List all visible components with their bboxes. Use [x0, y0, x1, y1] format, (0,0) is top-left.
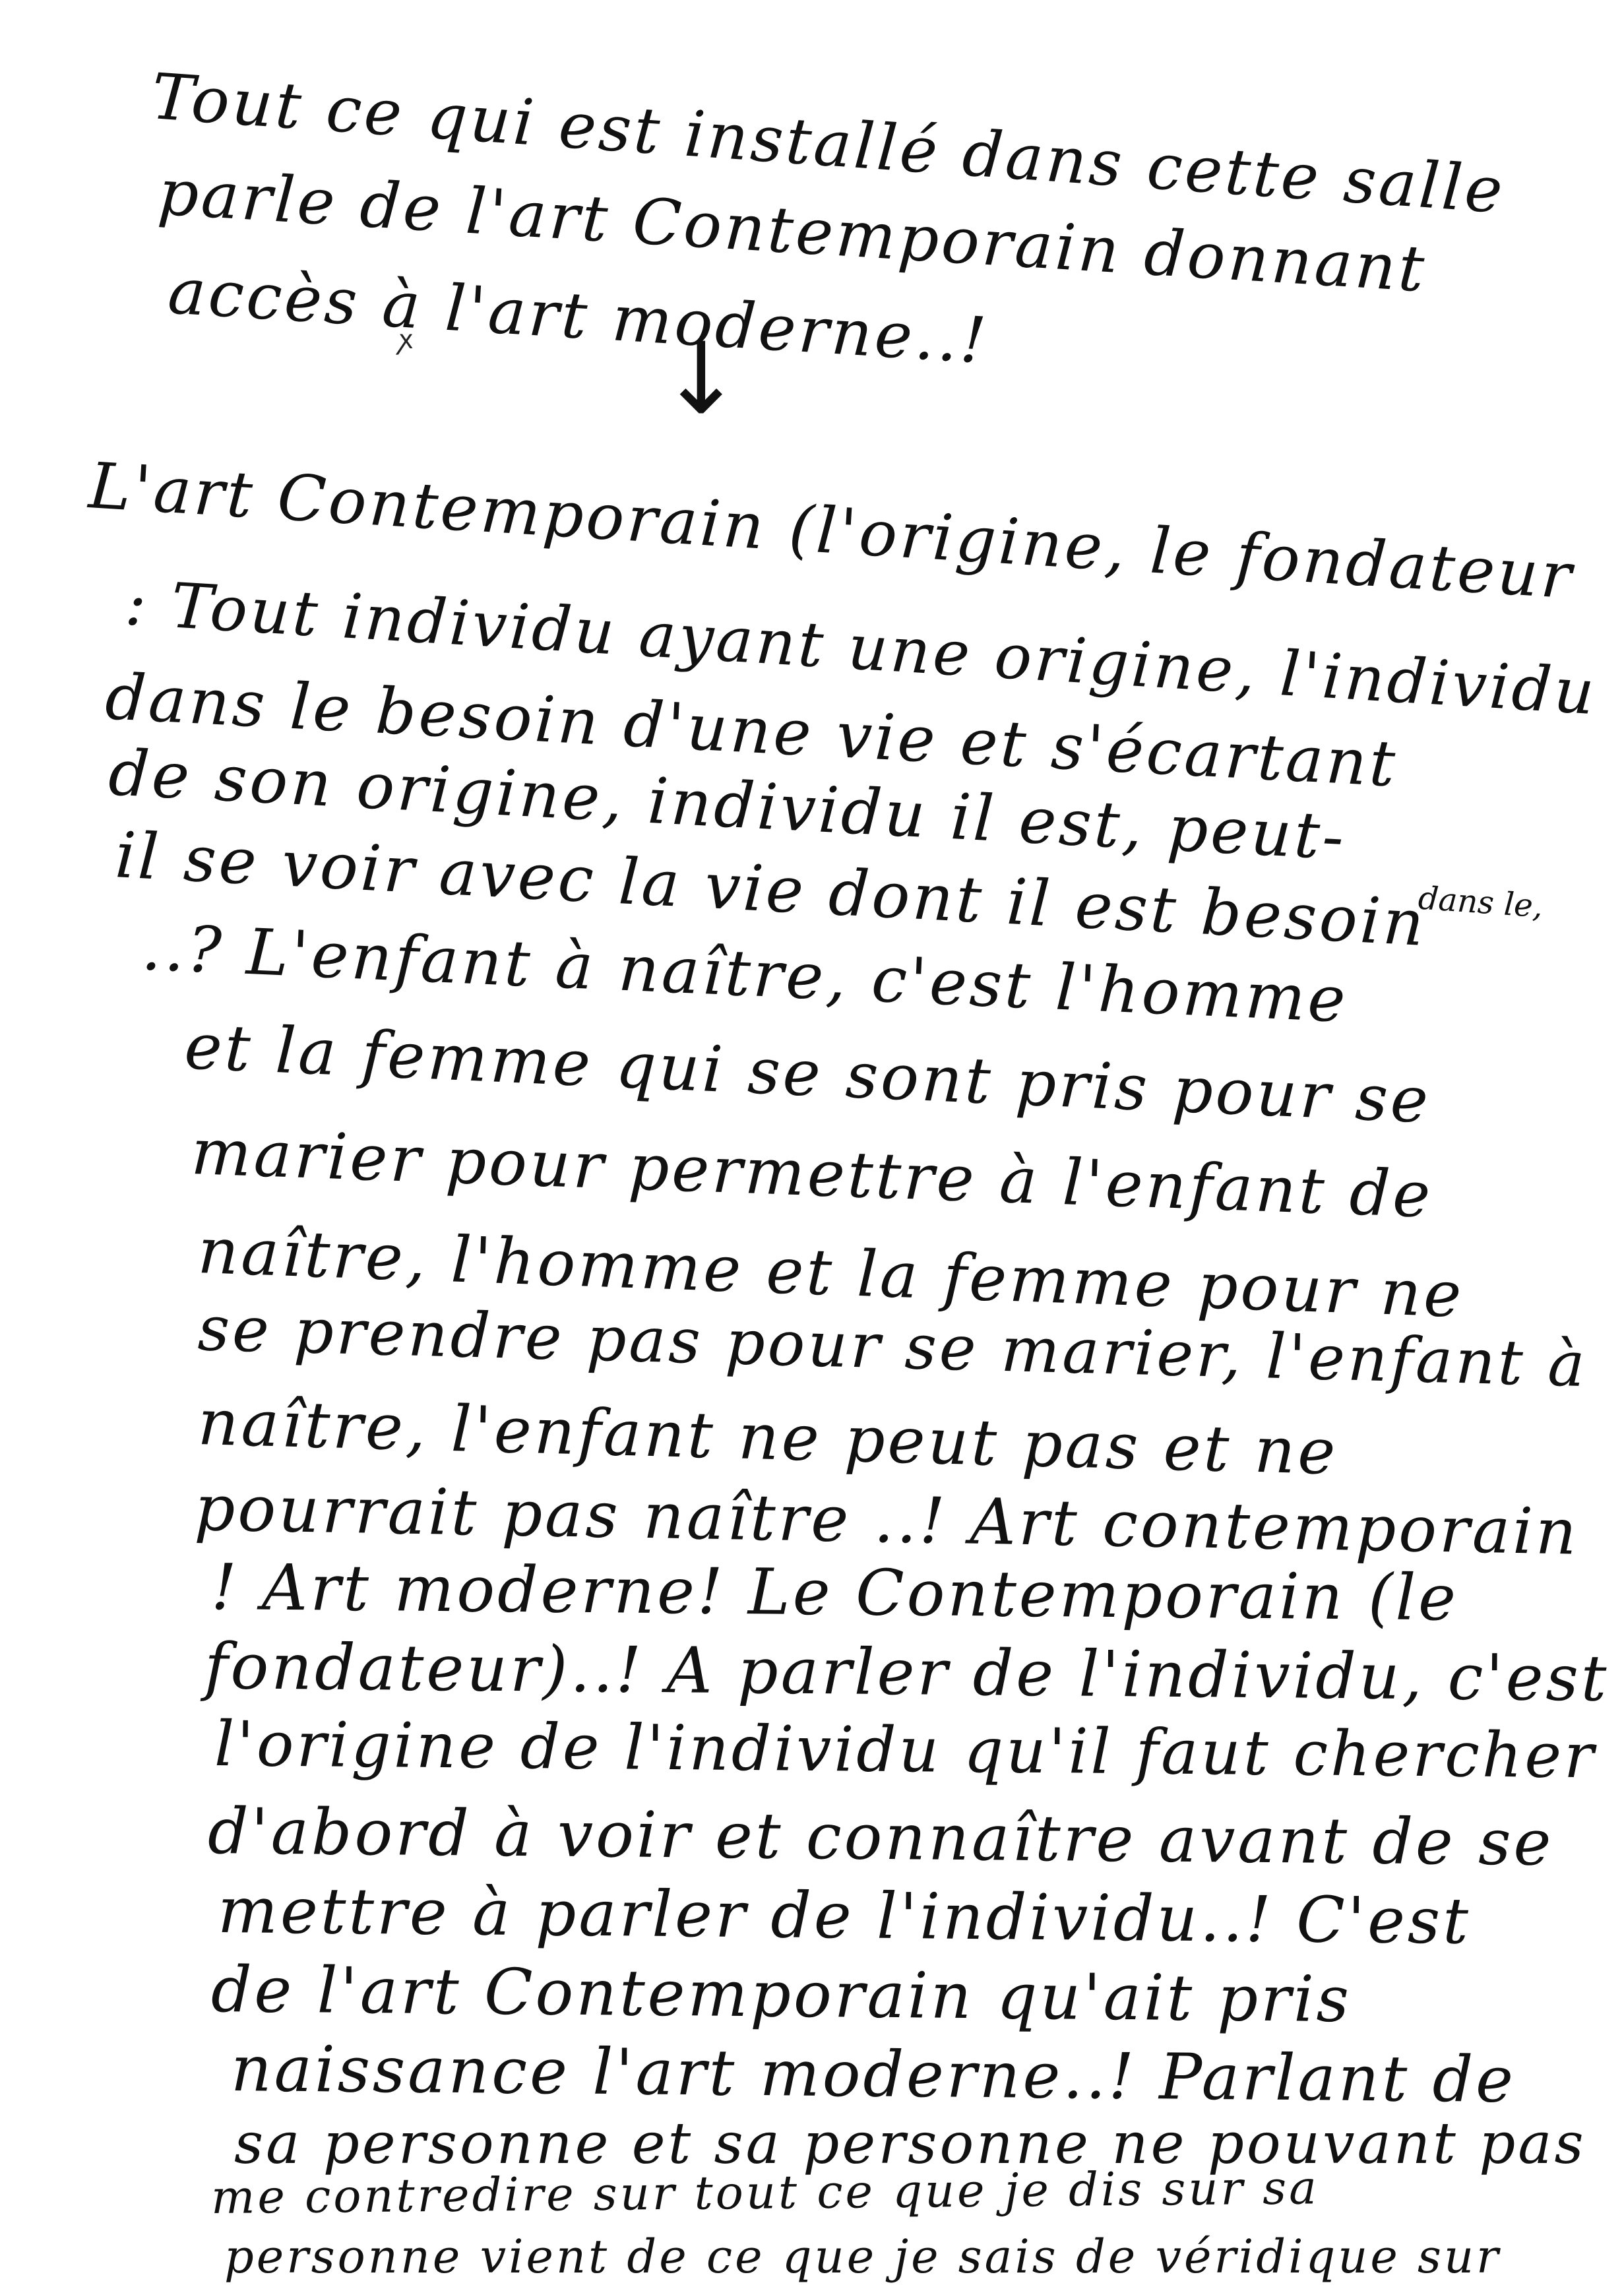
intro-line-3: accès à l'art moderne..! — [166, 254, 991, 378]
body-line-8: marier pour permettre à l'enfant de — [190, 1115, 1434, 1232]
interlinear-insert: dans le, — [1417, 879, 1544, 925]
body-line-15: l'origine de l'individu qu'il faut cherc… — [214, 1708, 1597, 1792]
body-line-14: fondateur)..! A parler de l'individu, c'… — [204, 1629, 1609, 1716]
down-arrow-icon: ↓ — [660, 330, 743, 429]
body-line-17: mettre à parler de l'individu..! C'est — [218, 1873, 1472, 1958]
body-line-19: naissance l'art moderne..! Parlant de — [231, 2032, 1516, 2117]
body-line-16: d'abord à voir et connaître avant de se — [208, 1794, 1554, 1880]
stray-mark: ꭗ — [399, 320, 413, 356]
body-line-18: de l'art Contemporain qu'ait pris — [211, 1953, 1352, 2036]
body-line-21: me contredire sur tout ce que je dis sur… — [211, 2160, 1320, 2224]
handwritten-page: Tout ce qui est installé dans cette sall… — [0, 0, 1624, 2287]
body-line-22: personne vient de ce que je sais de véri… — [224, 2230, 1501, 2284]
body-line-13: ! Art moderne! Le Contemporain (le — [211, 1550, 1459, 1635]
